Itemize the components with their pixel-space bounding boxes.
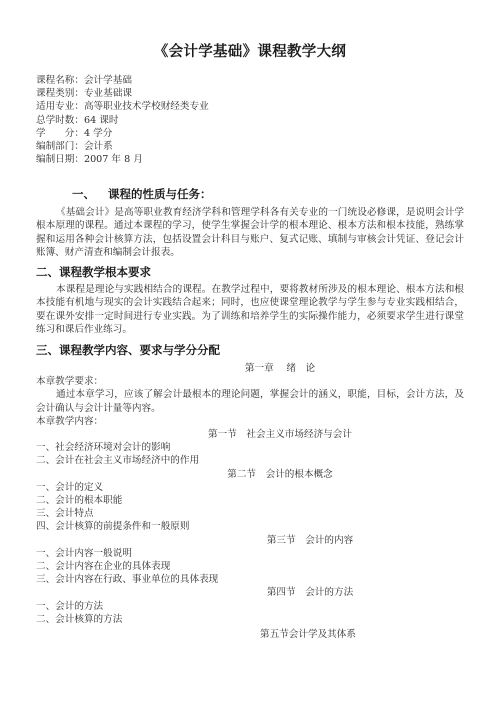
course-info: 课程名称：会计学基础 课程类别：专业基础课 适用专业：高等职业技术学校财经类专业… — [36, 74, 209, 166]
value: 会计学基础 — [84, 75, 132, 86]
value: 高等职业技术学校财经类专业 — [84, 101, 209, 112]
section-1-heading: 一、课程的性质与任务： — [72, 186, 212, 202]
value: 专业基础课 — [84, 88, 132, 99]
list-item: 二、会计核算的方法 — [36, 613, 464, 626]
course-name-row: 课程名称：会计学基础 — [36, 74, 209, 87]
subsection-title: 第三节 会计的内容 — [36, 534, 464, 547]
value: 64 课时 — [84, 115, 118, 126]
list-item: 一、会计的方法 — [36, 600, 464, 613]
list-item: 一、会计的定义 — [36, 481, 464, 494]
section-2-heading: 二、课程教学根本要求 — [36, 264, 151, 280]
credits-row: 学 分：4 学分 — [36, 127, 209, 140]
subsection-title: 第五节会计学及其体系 — [36, 628, 464, 641]
list-item: 四、会计核算的前提条件和一般原则 — [36, 520, 464, 533]
list-item: 二、会计的根本职能 — [36, 494, 464, 507]
label: 编制部门： — [36, 141, 84, 152]
requirements-label: 本章教学要求： — [36, 375, 464, 388]
list-item: 二、会计内容在企业的具体表现 — [36, 560, 464, 573]
list-item: 三、会计特点 — [36, 507, 464, 520]
section-2-body: 本课程是理论与实践相结合的课程。在教学过程中，要将教材所涉及的根本理论、根本方法… — [36, 283, 464, 336]
subsection-title: 第二节 会计的根本概念 — [36, 468, 464, 481]
course-type-row: 课程类别：专业基础课 — [36, 87, 209, 100]
content-label: 本章教学内容： — [36, 415, 464, 428]
section-3-heading: 三、课程教学内容、要求与学分分配 — [36, 342, 220, 358]
label: 课程类别： — [36, 88, 84, 99]
label: 总学时数： — [36, 115, 84, 126]
label: 学 分： — [36, 128, 84, 139]
subsection-title: 第一节 社会主义市场经济与会计 — [36, 428, 464, 441]
chapter-1-content: 第一章 绪 论 本章教学要求： 通过本章学习，应该了解会计最根本的理论问题，掌握… — [36, 362, 464, 641]
subsection-title: 第四节 会计的方法 — [36, 586, 464, 599]
label: 课程名称： — [36, 75, 84, 86]
value: 会计系 — [84, 141, 113, 152]
requirements-body: 通过本章学习，应该了解会计最根本的理论问题，掌握会计的涵义，职能，目标，会计方法… — [36, 388, 464, 414]
value: 4 学分 — [84, 128, 112, 139]
department-row: 编制部门：会计系 — [36, 140, 209, 153]
section-1-body: 《基础会计》是高等职业教育经济学科和管理学科各有关专业的一门统设必修课，是说明会… — [36, 206, 464, 259]
section-number: 一、 — [72, 186, 108, 202]
list-item: 三、会计内容在行政、事业单位的具体表现 — [36, 573, 464, 586]
document-page: 《会计学基础》课程教学大纲 课程名称：会计学基础 课程类别：专业基础课 适用专业… — [0, 0, 500, 707]
section-heading-text: 课程的性质与任务： — [108, 187, 212, 201]
list-item: 一、社会经济环境对会计的影响 — [36, 441, 464, 454]
list-item: 二、会计在社会主义市场经济中的作用 — [36, 454, 464, 467]
value: 2007 年 8 月 — [84, 154, 143, 165]
label: 适用专业： — [36, 101, 84, 112]
chapter-title: 第一章 绪 论 — [36, 362, 464, 375]
document-title: 《会计学基础》课程教学大纲 — [0, 40, 500, 61]
date-row: 编制日期：2007 年 8 月 — [36, 153, 209, 166]
applicable-major-row: 适用专业：高等职业技术学校财经类专业 — [36, 100, 209, 113]
label: 编制日期： — [36, 154, 84, 165]
list-item: 一、会计内容一般说明 — [36, 547, 464, 560]
total-hours-row: 总学时数：64 课时 — [36, 114, 209, 127]
